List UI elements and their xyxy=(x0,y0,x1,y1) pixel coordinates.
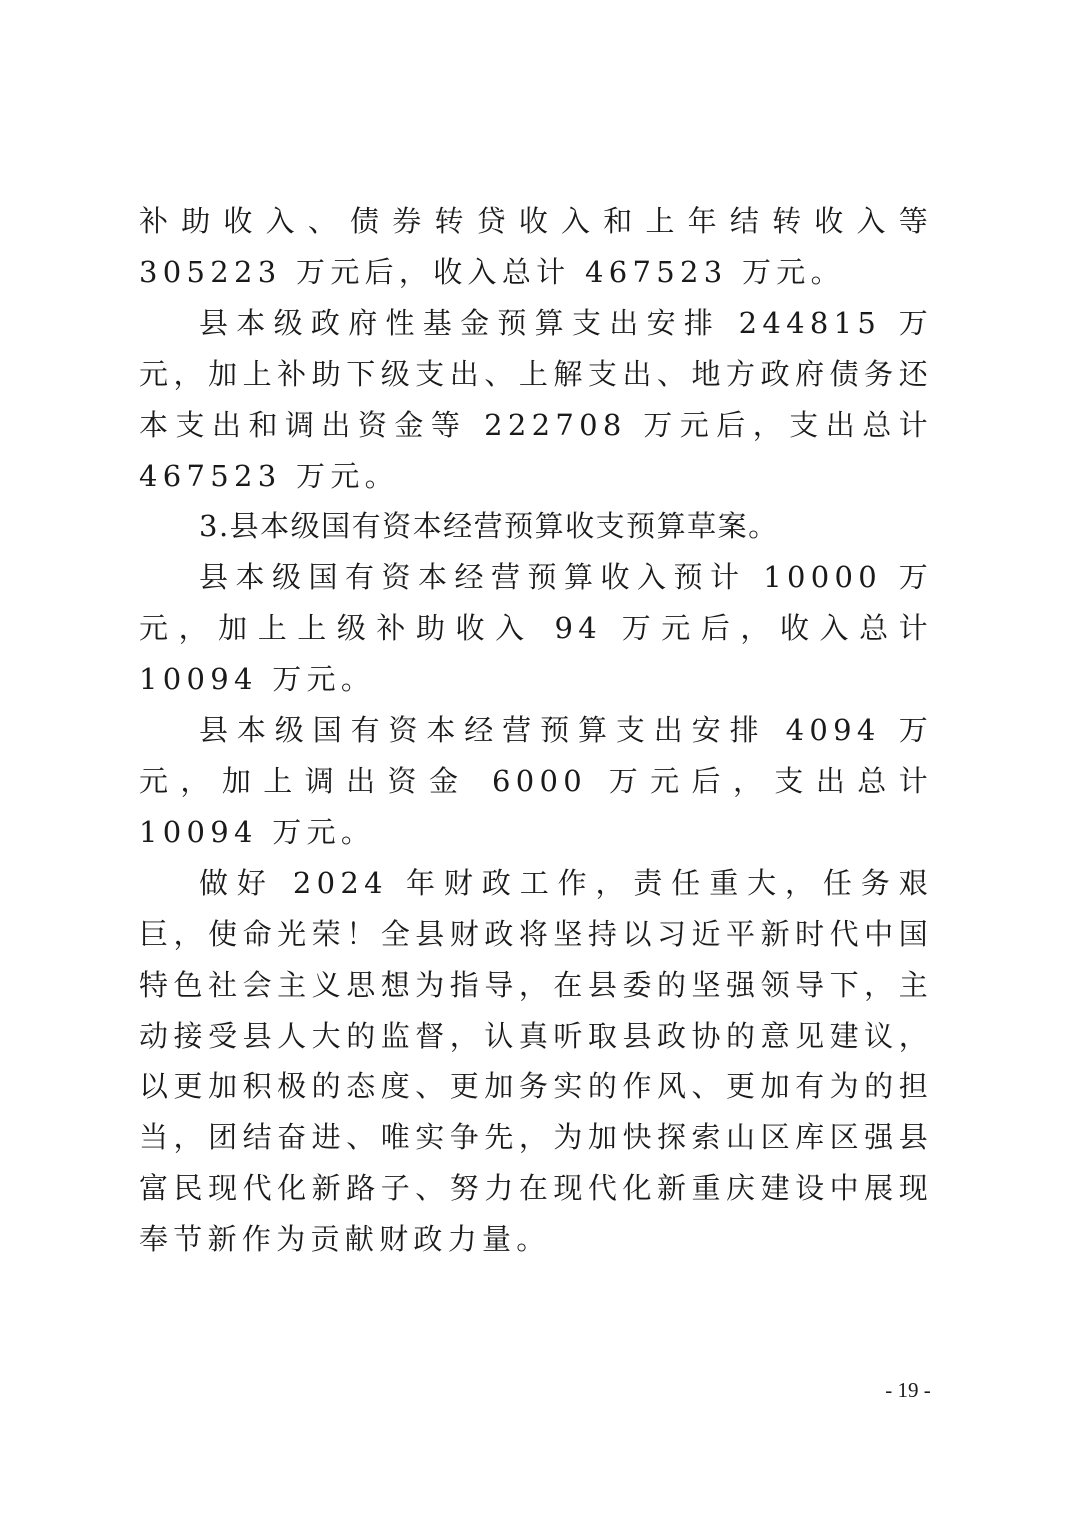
section-heading-state-capital-budget: 3.县本级国有资本经营预算收支预算草案。 xyxy=(139,501,933,552)
page-number: - 19 - xyxy=(880,1378,936,1403)
paragraph-closing-statement: 做好 2024 年财政工作，责任重大，任务艰巨，使命光荣！全县财政将坚持以习近平… xyxy=(139,858,933,1265)
paragraph-state-capital-expenditure: 县本级国有资本经营预算支出安排 4094 万元，加上调出资金 6000 万元后，… xyxy=(139,705,933,858)
document-page: 补助收入、债券转贷收入和上年结转收入等 305223 万元后，收入总计 4675… xyxy=(0,0,1069,1514)
paragraph-state-capital-revenue: 县本级国有资本经营预算收入预计 10000 万元，加上上级补助收入 94 万元后… xyxy=(139,552,933,705)
document-body: 补助收入、债券转贷收入和上年结转收入等 305223 万元后，收入总计 4675… xyxy=(139,196,933,1265)
paragraph-fund-expenditure: 县本级政府性基金预算支出安排 244815 万元，加上补助下级支出、上解支出、地… xyxy=(139,298,933,502)
paragraph-revenue-total: 补助收入、债券转贷收入和上年结转收入等 305223 万元后，收入总计 4675… xyxy=(139,196,933,298)
